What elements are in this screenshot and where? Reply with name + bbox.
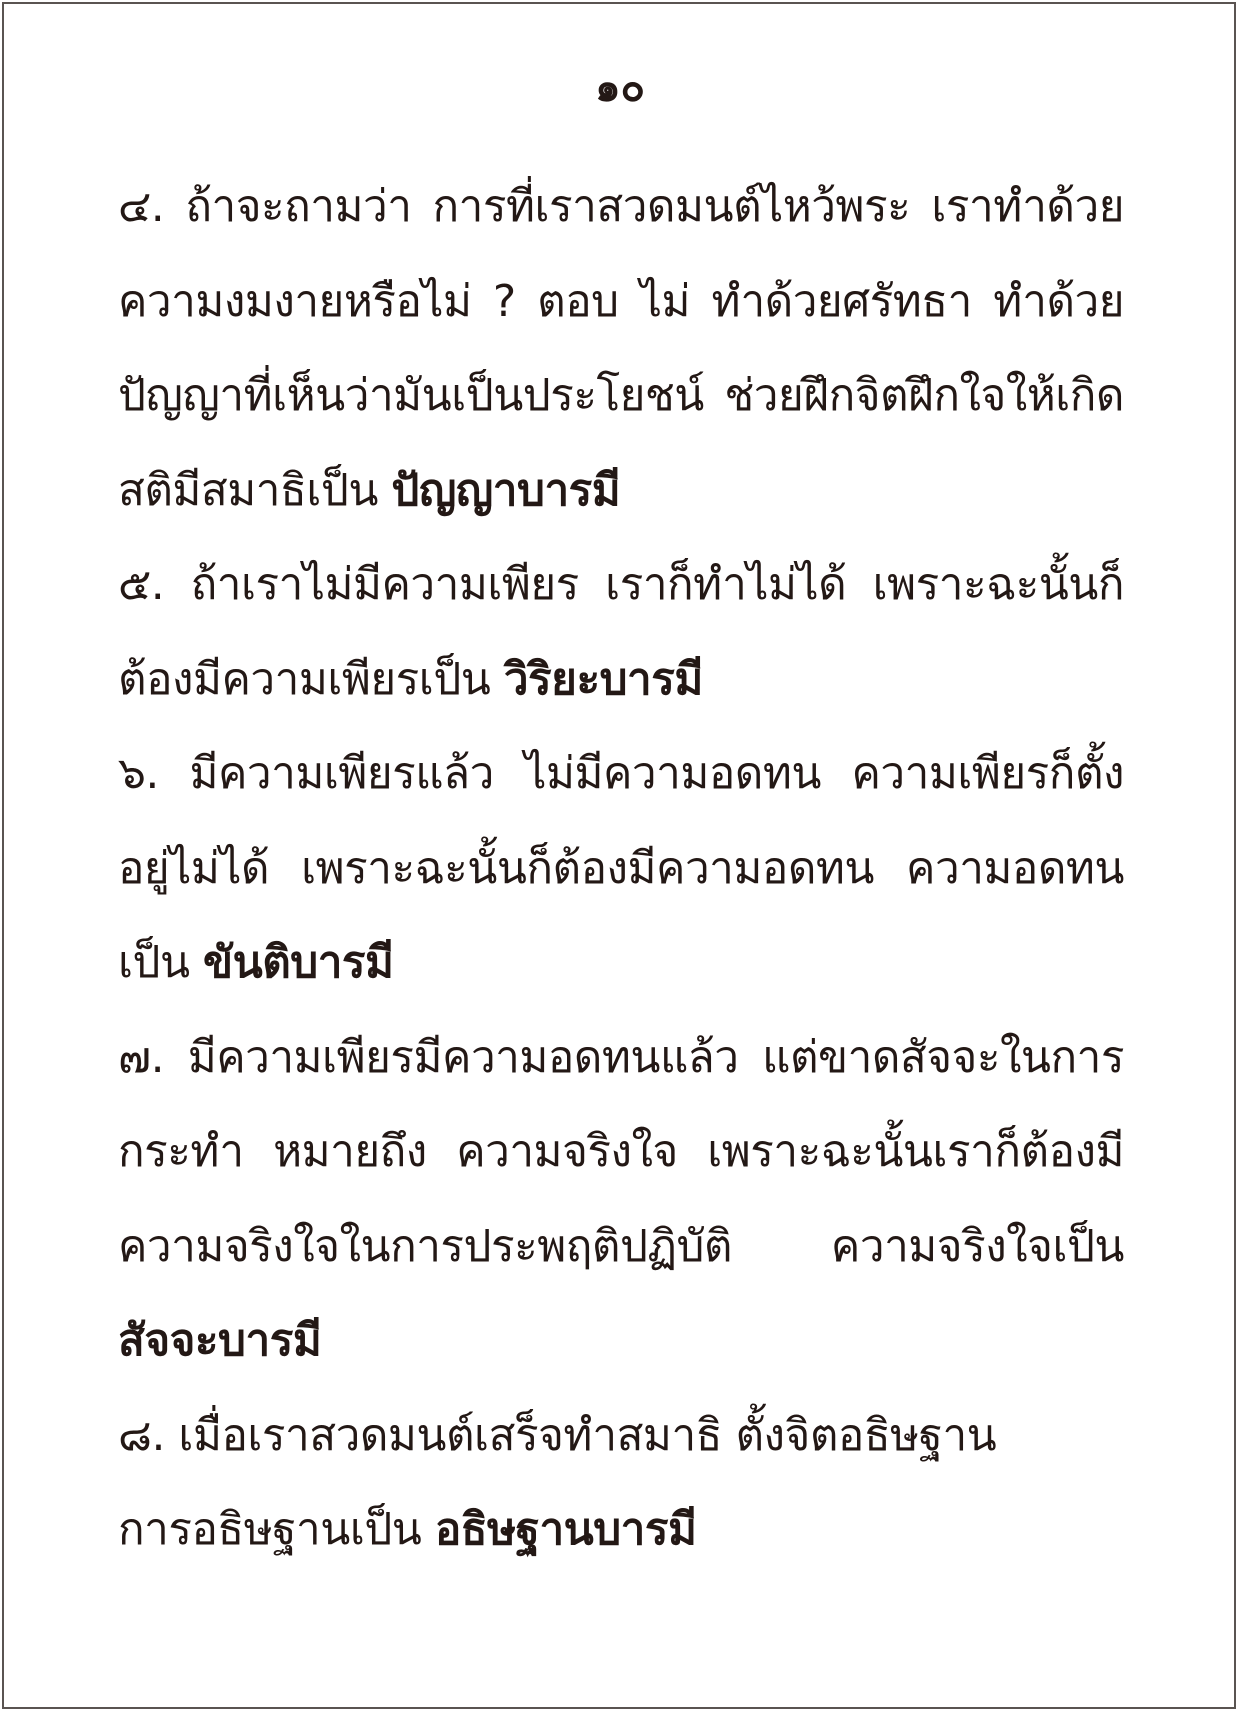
item-8-line-1: ๘. เมื่อเราสวดมนต์เสร็จทำสมาธิ ตั้งจิตอธ… bbox=[118, 1389, 1124, 1484]
line-text: ๔. ถ้าจะถามว่า การที่เราสวดมนต์ไหว้พระ เ… bbox=[118, 181, 1124, 232]
term-panya-barami: ปัญญาบารมี bbox=[391, 465, 620, 516]
item-7-line-2: กระทำ หมายถึง ความจริงใจ เพราะฉะนั้นเราก… bbox=[118, 1105, 1124, 1200]
line-text: ความจริงใจในการประพฤติปฏิบัติ ความจริงใจ… bbox=[118, 1221, 1124, 1272]
line-text: เป็น bbox=[118, 937, 203, 988]
item-6-line-2: อยู่ไม่ได้ เพราะฉะนั้นก็ต้องมีความอดทน ค… bbox=[118, 822, 1124, 917]
line-text: ต้องมีความเพียรเป็น bbox=[118, 654, 504, 705]
line-text: ความงมงายหรือไม่ ? ตอบ ไม่ ทำด้วยศรัทธา … bbox=[118, 276, 1124, 327]
line-text: ๘. เมื่อเราสวดมนต์เสร็จทำสมาธิ ตั้งจิตอธ… bbox=[118, 1410, 996, 1461]
line-text: ปัญญาที่เห็นว่ามันเป็นประโยชน์ ช่วยฝึกจิ… bbox=[118, 370, 1124, 421]
body-text: ๔. ถ้าจะถามว่า การที่เราสวดมนต์ไหว้พระ เ… bbox=[118, 160, 1124, 1578]
item-5-line-1: ๕. ถ้าเราไม่มีความเพียร เราก็ทำไม่ได้ เพ… bbox=[118, 538, 1124, 633]
item-5-line-2: ต้องมีความเพียรเป็น วิริยะบารมี bbox=[118, 633, 1124, 728]
item-4-line-1: ๔. ถ้าจะถามว่า การที่เราสวดมนต์ไหว้พระ เ… bbox=[118, 160, 1124, 255]
line-text: อยู่ไม่ได้ เพราะฉะนั้นก็ต้องมีความอดทน ค… bbox=[118, 843, 1124, 894]
item-7-line-1: ๗. มีความเพียรมีความอดทนแล้ว แต่ขาดสัจจะ… bbox=[118, 1011, 1124, 1106]
line-text: กระทำ หมายถึง ความจริงใจ เพราะฉะนั้นเราก… bbox=[118, 1126, 1124, 1177]
item-7-line-4: สัจจะบารมี bbox=[118, 1294, 1124, 1389]
line-text: ๕. ถ้าเราไม่มีความเพียร เราก็ทำไม่ได้ เพ… bbox=[118, 559, 1124, 610]
page-number: ๑๐ bbox=[0, 62, 1240, 114]
item-4-line-2: ความงมงายหรือไม่ ? ตอบ ไม่ ทำด้วยศรัทธา … bbox=[118, 255, 1124, 350]
line-text: สติมีสมาธิเป็น bbox=[118, 465, 391, 516]
term-viriya-barami: วิริยะบารมี bbox=[504, 654, 703, 705]
item-4-line-4: สติมีสมาธิเป็น ปัญญาบารมี bbox=[118, 444, 1124, 539]
term-khanti-barami: ขันติบารมี bbox=[203, 937, 394, 988]
item-7-line-3: ความจริงใจในการประพฤติปฏิบัติ ความจริงใจ… bbox=[118, 1200, 1124, 1295]
item-6-line-3: เป็น ขันติบารมี bbox=[118, 916, 1124, 1011]
item-8-line-2: การอธิษฐานเป็น อธิษฐานบารมี bbox=[118, 1483, 1124, 1578]
line-text: ๖. มีความเพียรแล้ว ไม่มีความอดทน ความเพี… bbox=[118, 748, 1124, 799]
item-4-line-3: ปัญญาที่เห็นว่ามันเป็นประโยชน์ ช่วยฝึกจิ… bbox=[118, 349, 1124, 444]
line-text: ๗. มีความเพียรมีความอดทนแล้ว แต่ขาดสัจจะ… bbox=[118, 1032, 1124, 1083]
term-sacca-barami: สัจจะบารมี bbox=[118, 1315, 321, 1366]
line-text: การอธิษฐานเป็น bbox=[118, 1504, 435, 1555]
term-adhitthana-barami: อธิษฐานบารมี bbox=[435, 1504, 697, 1555]
item-6-line-1: ๖. มีความเพียรแล้ว ไม่มีความอดทน ความเพี… bbox=[118, 727, 1124, 822]
